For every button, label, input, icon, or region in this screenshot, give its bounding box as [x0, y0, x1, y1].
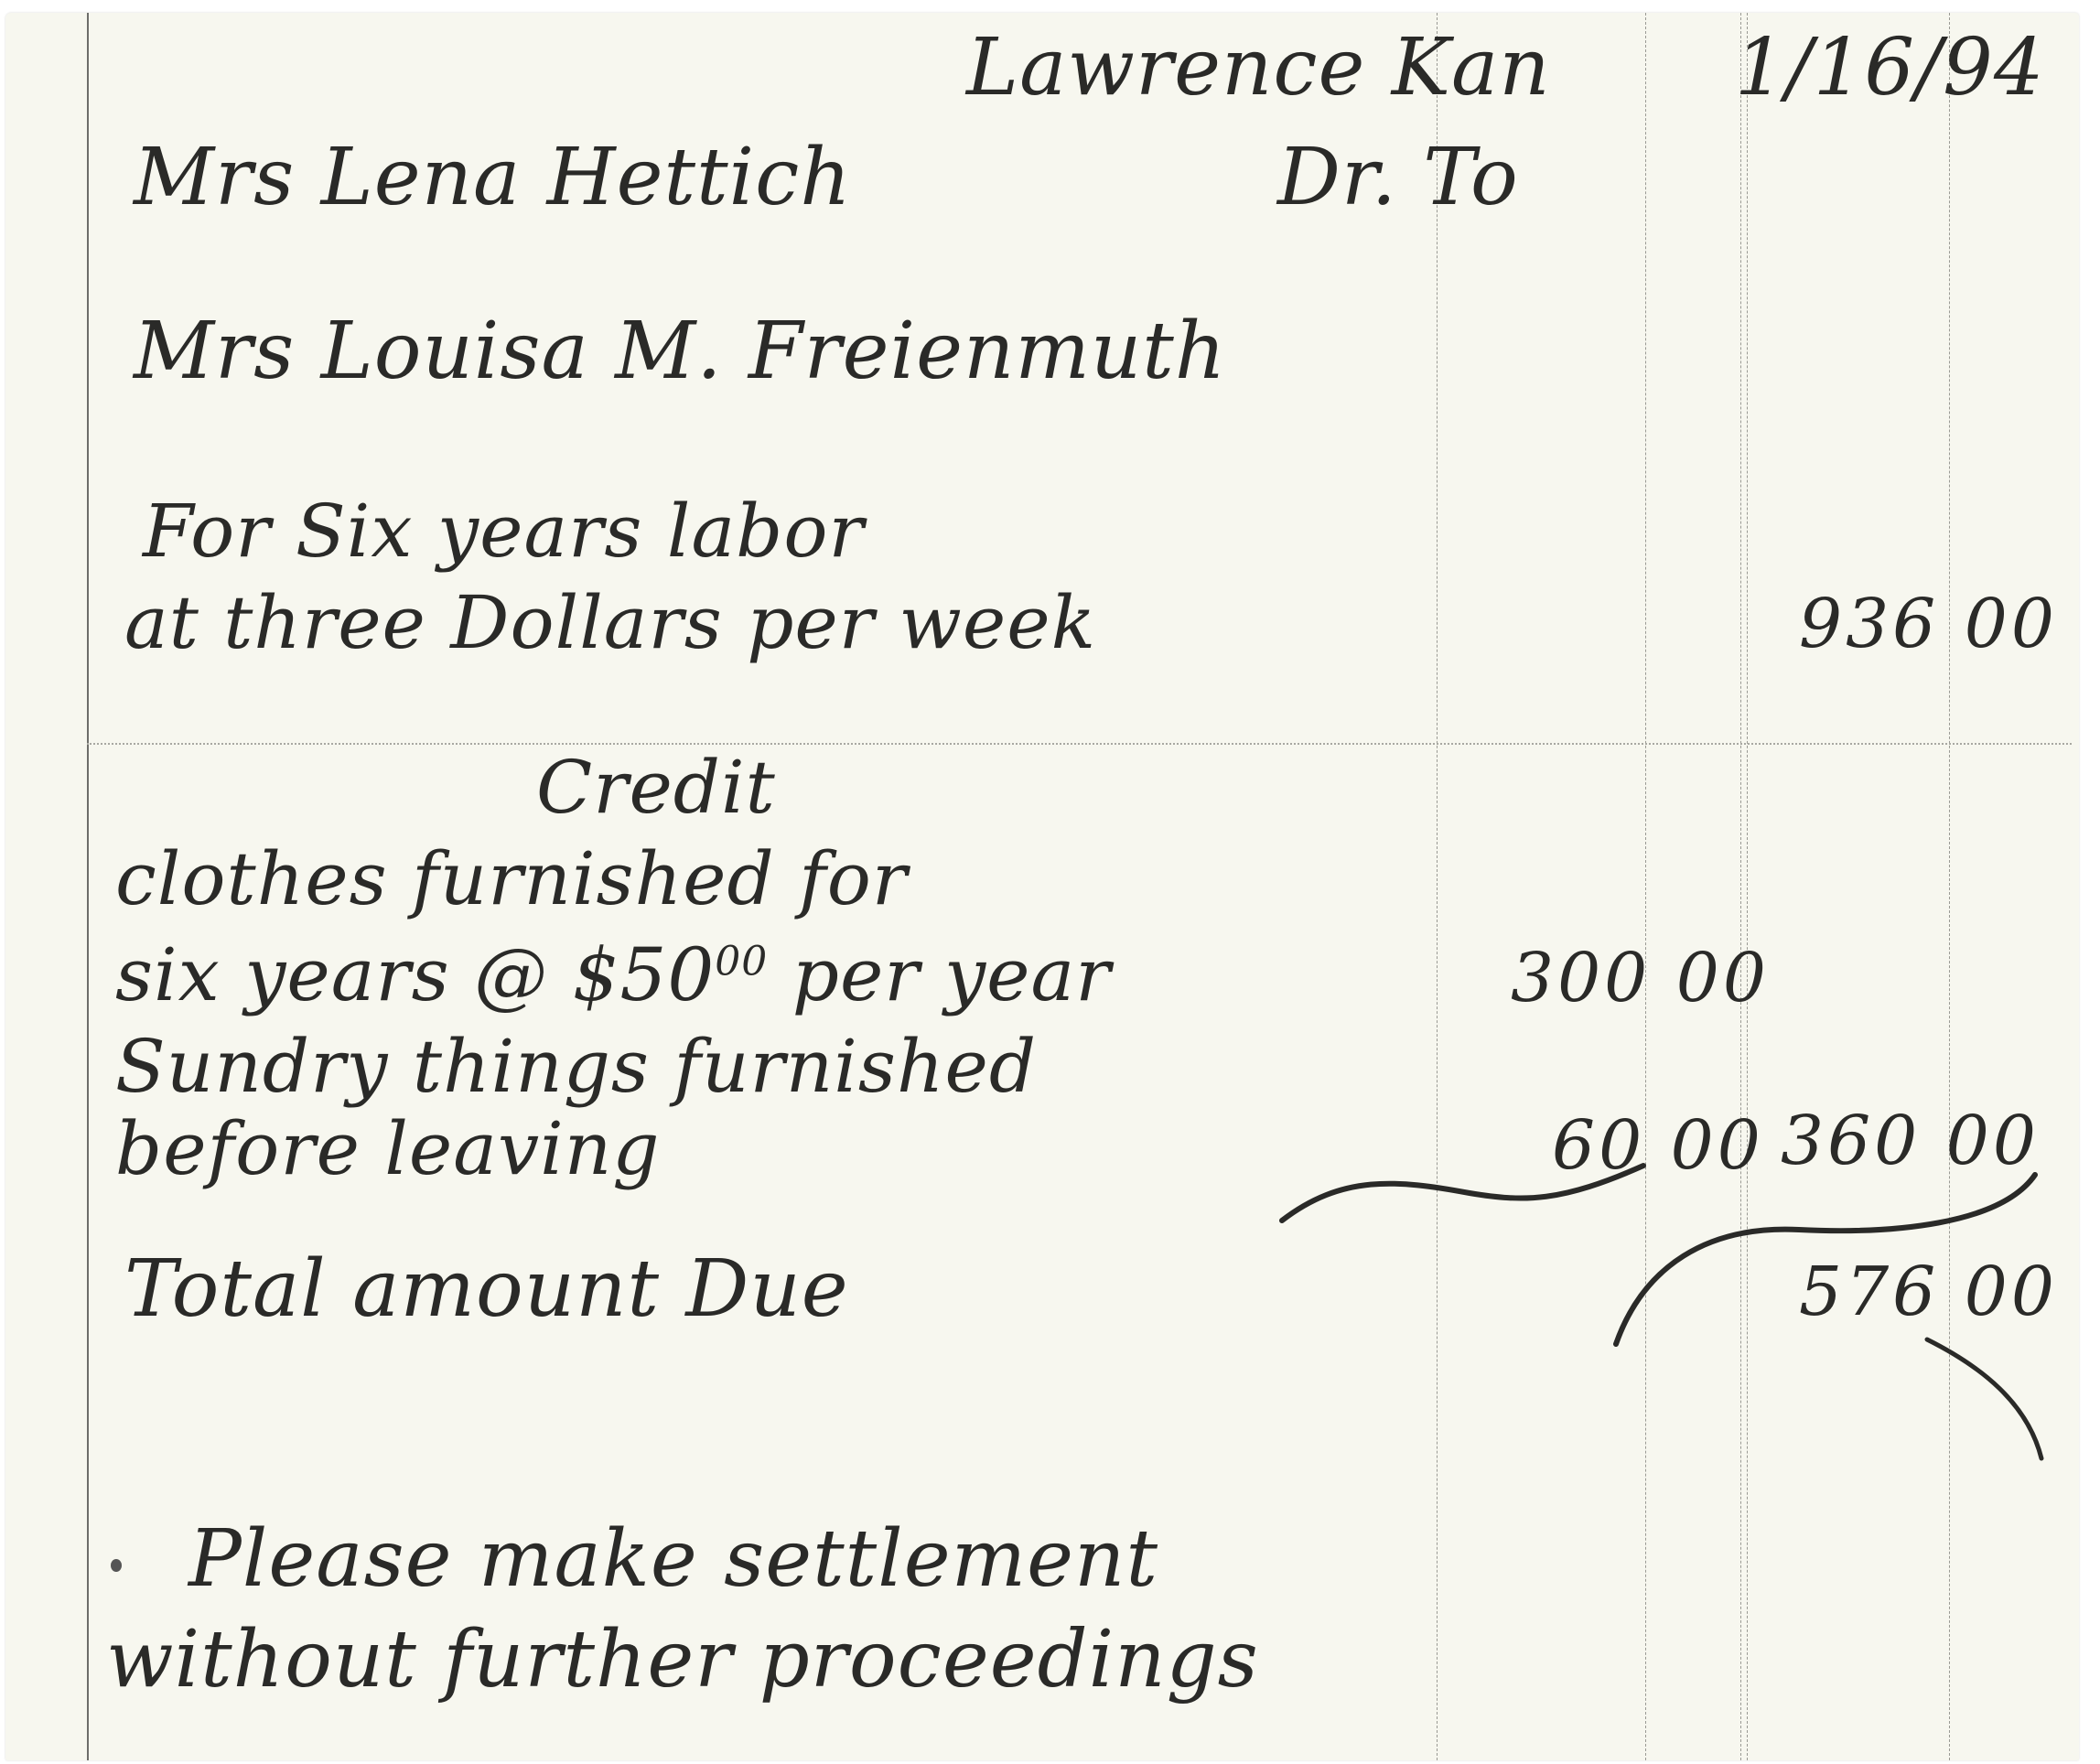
ledger-paper: Lawrence Kan 1/16/94 Mrs Lena Hettich Dr…	[5, 13, 2079, 1760]
pen-flourishes	[5, 13, 2079, 1760]
